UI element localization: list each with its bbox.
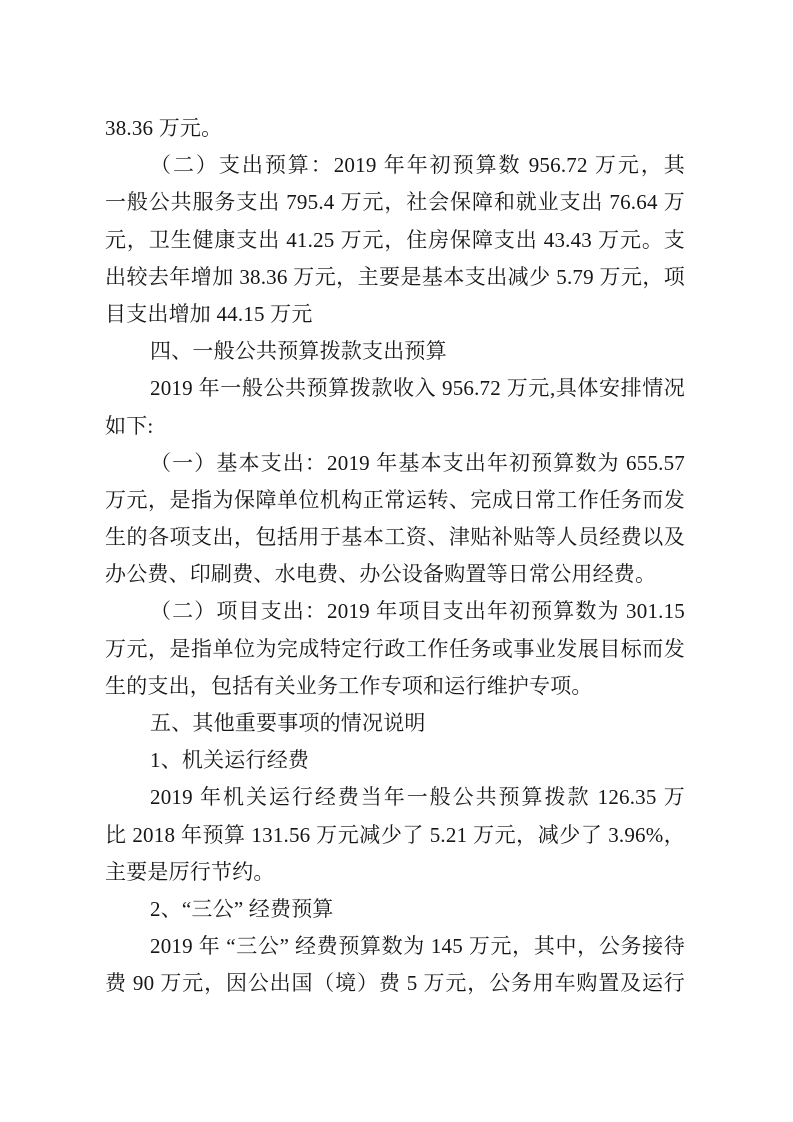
body-text-line: 生的支出，包括有关业务工作专项和运行维护专项。 xyxy=(105,668,685,705)
subheading-three-public-funds: 2、“三公” 经费预算 xyxy=(105,891,685,928)
subheading-agency-operating-funds: 1、机关运行经费 xyxy=(105,742,685,779)
document-page: 38.36 万元。 （二）支出预算：2019 年年初预算数 956.72 万元，… xyxy=(0,0,793,1122)
body-text-line: 2019 年一般公共预算拨款收入 956.72 万元,具体安排情况 xyxy=(105,370,685,407)
body-text-line: 主要是厉行节约。 xyxy=(105,854,685,891)
body-text-line: 如下: xyxy=(105,408,685,445)
body-text-line: 万元，是指为保障单位机构正常运转、完成日常工作任务而发 xyxy=(105,482,685,519)
body-text-line: （一）基本支出：2019 年基本支出年初预算数为 655.57 xyxy=(105,445,685,482)
body-text-line: （二）项目支出：2019 年项目支出年初预算数为 301.15 xyxy=(105,593,685,630)
body-text-line: 38.36 万元。 xyxy=(105,110,685,147)
body-text-line: 2019 年 “三公” 经费预算数为 145 万元，其中，公务接待 xyxy=(105,928,685,965)
body-text-line: 2019 年机关运行经费当年一般公共预算拨款 126.35 万元， xyxy=(105,779,685,816)
body-text-line: 元，卫生健康支出 41.25 万元，住房保障支出 43.43 万元。支 xyxy=(105,222,685,259)
body-text-line: （二）支出预算：2019 年年初预算数 956.72 万元，其中， xyxy=(105,147,685,184)
body-text-line: 比 2018 年预算 131.56 万元减少了 5.21 万元，减少了 3.96… xyxy=(105,817,685,854)
heading-section-four: 四、一般公共预算拨款支出预算 xyxy=(105,333,685,370)
body-text-line: 办公费、印刷费、水电费、办公设备购置等日常公用经费。 xyxy=(105,556,685,593)
body-text-line: 生的各项支出，包括用于基本工资、津贴补贴等人员经费以及 xyxy=(105,519,685,556)
body-text-line: 出较去年增加 38.36 万元，主要是基本支出减少 5.79 万元，项 xyxy=(105,259,685,296)
body-text-line: 费 90 万元，因公出国（境）费 5 万元，公务用车购置及运行费 xyxy=(105,965,685,1002)
body-text-line: 一般公共服务支出 795.4 万元，社会保障和就业支出 76.64 万 xyxy=(105,184,685,221)
heading-section-five: 五、其他重要事项的情况说明 xyxy=(105,705,685,742)
document-body: 38.36 万元。 （二）支出预算：2019 年年初预算数 956.72 万元，… xyxy=(105,110,685,1003)
body-text-line: 万元，是指单位为完成特定行政工作任务或事业发展目标而发 xyxy=(105,631,685,668)
body-text-line: 目支出增加 44.15 万元 xyxy=(105,296,685,333)
